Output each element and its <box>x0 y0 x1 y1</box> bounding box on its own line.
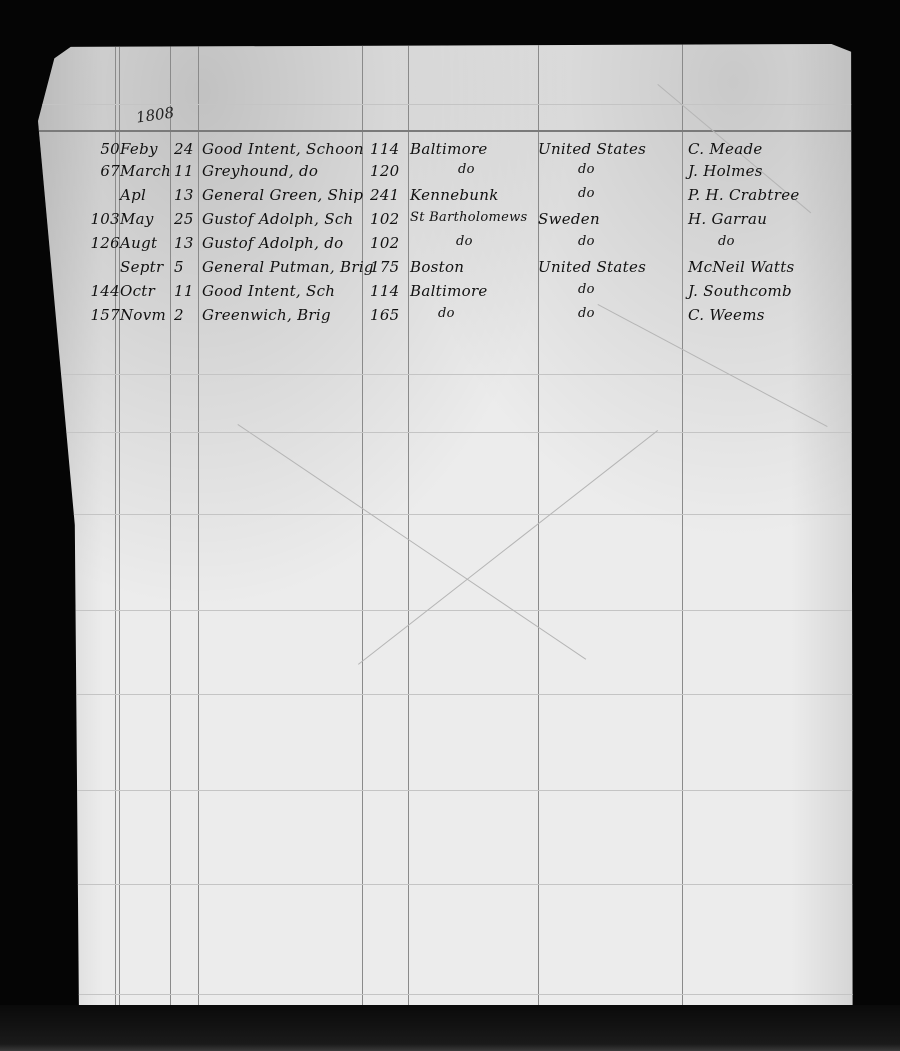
entry-master: C. Meade <box>688 140 763 158</box>
entry-vessel: Greyhound, do <box>202 162 318 180</box>
ledger-row: 67 March 11 Greyhound, do 120 do do J. H… <box>38 162 856 184</box>
entry-number: 144 <box>80 282 120 300</box>
entry-port: do <box>438 306 455 321</box>
ledger-row: 157 Novm 2 Greenwich, Brig 165 do do C. … <box>38 306 856 328</box>
entry-master: J. Holmes <box>688 162 763 180</box>
entry-month: Augt <box>120 234 157 252</box>
entry-nation: do <box>578 162 595 177</box>
entry-day: 13 <box>174 186 194 204</box>
entry-tons: 114 <box>370 282 400 300</box>
entry-month: Feby <box>120 140 158 158</box>
entry-port: Baltimore <box>410 282 488 300</box>
entry-month: March <box>120 162 171 180</box>
entry-port: Kennebunk <box>410 186 499 204</box>
entry-tons: 114 <box>370 140 400 158</box>
entry-nation: do <box>578 306 595 321</box>
entry-master: McNeil Watts <box>688 258 795 276</box>
entry-day: 25 <box>174 210 194 228</box>
row-rule <box>38 994 856 995</box>
row-rule <box>38 432 856 433</box>
ledger-row: 103 May 25 Gustof Adolph, Sch 102 St Bar… <box>38 210 856 232</box>
entry-number: 126 <box>80 234 120 252</box>
entry-month: May <box>120 210 154 228</box>
entry-nation: do <box>578 186 595 201</box>
entry-vessel: Good Intent, Schoon <box>202 140 364 158</box>
entry-port: St Bartholomews <box>410 210 528 225</box>
row-rule <box>38 694 856 695</box>
entry-nation: do <box>578 234 595 249</box>
entry-tons: 241 <box>370 186 400 204</box>
entry-vessel: Gustof Adolph, Sch <box>202 210 354 228</box>
entry-port: do <box>458 162 475 177</box>
entry-month: Septr <box>120 258 163 276</box>
ledger-row: Septr 5 General Putman, Brig 175 Boston … <box>38 258 856 280</box>
scratch-mark <box>358 430 658 665</box>
entry-day: 11 <box>174 162 194 180</box>
row-rule <box>38 790 856 791</box>
ledger-row: Apl 13 General Green, Ship 241 Kennebunk… <box>38 186 856 208</box>
film-border <box>0 1005 900 1051</box>
entry-master: P. H. Crabtree <box>688 186 800 204</box>
ledger-page: 1808 50 Feby 24 Good Intent, Schoon 114 … <box>38 44 856 1006</box>
ledger-row: 144 Octr 11 Good Intent, Sch 114 Baltimo… <box>38 282 856 304</box>
entry-number: 67 <box>80 162 120 180</box>
entry-tons: 102 <box>370 210 400 228</box>
entry-nation: do <box>578 282 595 297</box>
row-rule <box>38 884 856 885</box>
entry-nation: United States <box>538 140 646 158</box>
entry-month: Novm <box>120 306 166 324</box>
row-rule <box>38 610 856 611</box>
entry-nation: Sweden <box>538 210 600 228</box>
entry-vessel: Greenwich, Brig <box>202 306 331 324</box>
entry-month: Octr <box>120 282 155 300</box>
entry-vessel: Gustof Adolph, do <box>202 234 344 252</box>
entry-master: C. Weems <box>688 306 765 324</box>
ledger-row: 126 Augt 13 Gustof Adolph, do 102 do do … <box>38 234 856 256</box>
entry-nation: United States <box>538 258 646 276</box>
entry-vessel: General Green, Ship <box>202 186 363 204</box>
entry-number: 50 <box>80 140 120 158</box>
ledger-row: 50 Feby 24 Good Intent, Schoon 114 Balti… <box>38 140 856 162</box>
entry-tons: 120 <box>370 162 400 180</box>
entry-vessel: Good Intent, Sch <box>202 282 335 300</box>
row-rule <box>38 374 856 375</box>
entry-master: J. Southcomb <box>688 282 792 300</box>
entry-vessel: General Putman, Brig <box>202 258 374 276</box>
entry-port: Baltimore <box>410 140 488 158</box>
entry-day: 24 <box>174 140 194 158</box>
column-rule <box>852 44 853 1006</box>
scratch-mark <box>237 424 586 660</box>
entry-master: do <box>718 234 735 249</box>
entry-master: H. Garrau <box>688 210 767 228</box>
entry-port: Boston <box>410 258 464 276</box>
entry-port: do <box>456 234 473 249</box>
row-rule <box>38 514 856 515</box>
header-rule <box>38 130 856 132</box>
entry-tons: 175 <box>370 258 400 276</box>
entry-number: 103 <box>80 210 120 228</box>
entry-day: 2 <box>174 306 184 324</box>
entry-day: 5 <box>174 258 184 276</box>
entry-day: 13 <box>174 234 194 252</box>
entry-tons: 102 <box>370 234 400 252</box>
entry-number: 157 <box>80 306 120 324</box>
entry-month: Apl <box>120 186 146 204</box>
entry-day: 11 <box>174 282 194 300</box>
entry-tons: 165 <box>370 306 400 324</box>
